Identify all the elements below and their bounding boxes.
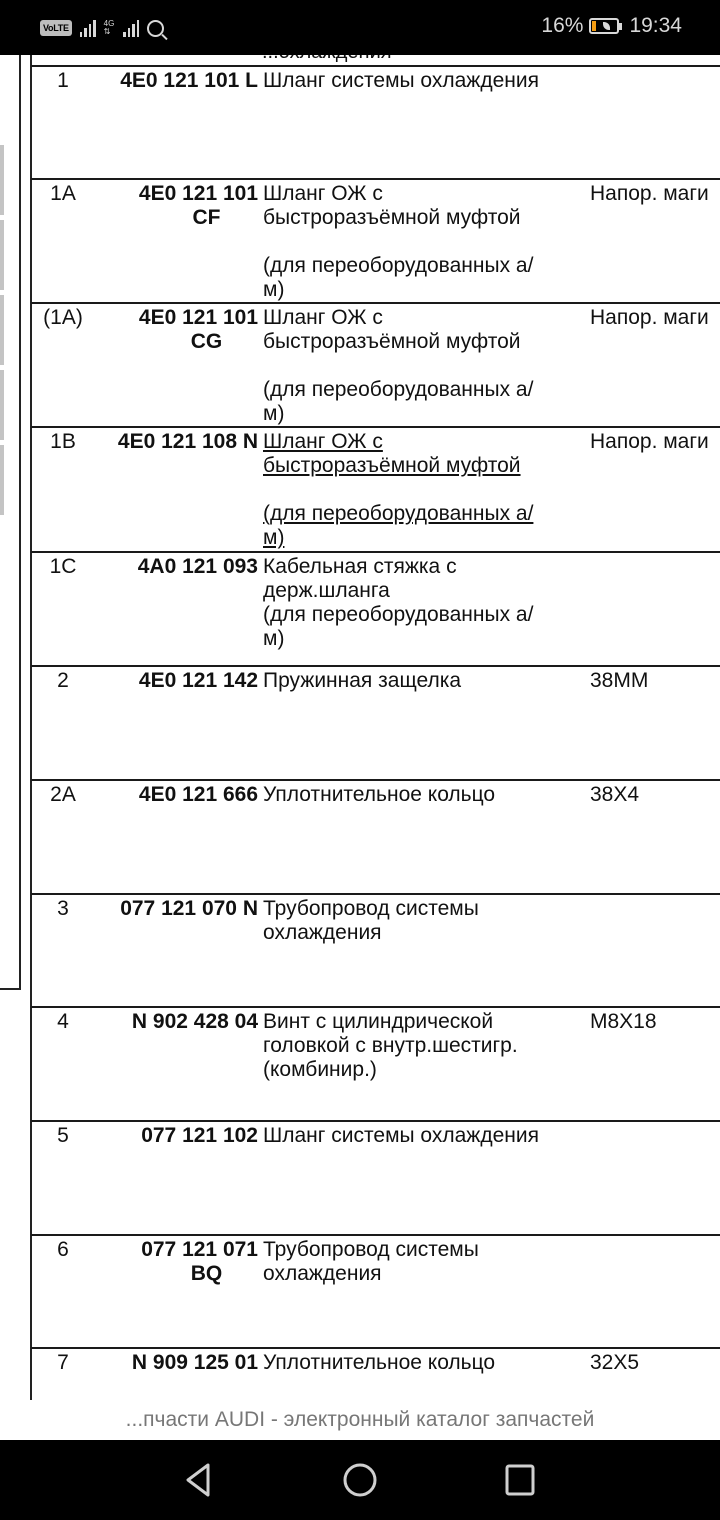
description: Шланг системы охлаждения bbox=[263, 1124, 593, 1148]
description: Пружинная защелка bbox=[263, 669, 593, 693]
description: Трубопровод системы охлаждения bbox=[263, 1238, 593, 1286]
note: 32X5 bbox=[590, 1351, 720, 1375]
item-number: 1C bbox=[31, 555, 95, 579]
home-circle-icon[interactable] bbox=[340, 1462, 380, 1498]
part-number-line: 4E0 121 142 bbox=[95, 669, 258, 693]
note: Напор. маги bbox=[590, 430, 720, 454]
part-number-line: 077 121 070 N bbox=[95, 897, 258, 921]
item-number: 4 bbox=[31, 1010, 95, 1034]
part-number[interactable]: N 909 125 01 bbox=[95, 1351, 258, 1375]
description: Шланг ОЖ с быстроразъёмной муфтой (для п… bbox=[263, 306, 593, 426]
note: M8X18 bbox=[590, 1010, 720, 1034]
signal-icon-2 bbox=[123, 19, 139, 37]
volte-icon: VoLTE bbox=[40, 20, 72, 36]
part-number-line: 077 121 071 bbox=[95, 1238, 258, 1262]
item-number: 2 bbox=[31, 669, 95, 693]
description: Трубопровод системы охлаждения bbox=[263, 897, 593, 945]
signal-icon bbox=[80, 19, 96, 37]
part-number[interactable]: N 902 428 04 bbox=[95, 1010, 258, 1034]
part-number-line: 4A0 121 093 bbox=[95, 555, 258, 579]
part-number-line: N 909 125 01 bbox=[95, 1351, 258, 1375]
part-number[interactable]: 4E0 121 142 bbox=[95, 669, 258, 693]
part-number-line: 4E0 121 101 bbox=[95, 306, 258, 330]
part-number-line: CF bbox=[95, 206, 258, 230]
battery-fill bbox=[592, 21, 596, 31]
description-link[interactable]: Шланг ОЖ с быстроразъёмной муфтой (для п… bbox=[263, 430, 593, 550]
search-icon bbox=[147, 20, 164, 37]
part-number[interactable]: 077 121 071BQ bbox=[95, 1238, 258, 1286]
recents-square-icon[interactable] bbox=[500, 1462, 540, 1498]
note: Напор. маги bbox=[590, 182, 720, 206]
status-bar: VoLTE 4G⇅ 16% 19:34 bbox=[0, 0, 720, 55]
part-number-line: 4E0 121 101 L bbox=[95, 69, 258, 93]
note: Напор. маги bbox=[590, 306, 720, 330]
diagram-frame-edge bbox=[19, 55, 21, 990]
table-row[interactable]: 24E0 121 142Пружинная защелка38MM bbox=[31, 665, 720, 779]
table-row[interactable]: 14E0 121 101 LШланг системы охлаждения bbox=[31, 65, 720, 178]
scroll-indicator[interactable] bbox=[0, 145, 4, 215]
scroll-indicator[interactable] bbox=[0, 370, 4, 440]
description: Шланг ОЖ с быстроразъёмной муфтой (для п… bbox=[263, 182, 593, 302]
item-number: 1A bbox=[31, 182, 95, 206]
battery-saver-icon bbox=[589, 18, 619, 34]
part-number-line: 4E0 121 108 N bbox=[95, 430, 258, 454]
description: Шланг системы охлаждения bbox=[263, 69, 593, 93]
item-number: (1A) bbox=[31, 306, 95, 330]
part-number[interactable]: 077 121 070 N bbox=[95, 897, 258, 921]
item-number: 6 bbox=[31, 1238, 95, 1262]
scroll-indicator[interactable] bbox=[0, 220, 4, 290]
description: Уплотнительное кольцо bbox=[263, 783, 593, 807]
part-number[interactable]: 4E0 121 101CF bbox=[95, 182, 258, 230]
scroll-indicator[interactable] bbox=[0, 295, 4, 365]
part-number[interactable]: 4E0 121 666 bbox=[95, 783, 258, 807]
clipped-row-text: ...охлаждения bbox=[262, 55, 392, 64]
note: 38MM bbox=[590, 669, 720, 693]
part-number[interactable]: 4E0 121 101 L bbox=[95, 69, 258, 93]
item-number: 1 bbox=[31, 69, 95, 93]
item-number: 2A bbox=[31, 783, 95, 807]
signal-4g-icon: 4G⇅ bbox=[104, 20, 115, 36]
table-row[interactable]: 2A4E0 121 666Уплотнительное кольцо38X4 bbox=[31, 779, 720, 893]
navigation-bar bbox=[0, 1440, 720, 1520]
table-row[interactable]: 3077 121 070 NТрубопровод системы охлажд… bbox=[31, 893, 720, 1006]
item-number: 3 bbox=[31, 897, 95, 921]
table-row[interactable]: 5077 121 102Шланг системы охлаждения bbox=[31, 1120, 720, 1234]
part-number[interactable]: 4E0 121 108 N bbox=[95, 430, 258, 454]
description: Уплотнительное кольцо bbox=[263, 1351, 593, 1375]
table-row[interactable]: 7N 909 125 01Уплотнительное кольцо32X5 bbox=[31, 1347, 720, 1400]
catalog-page[interactable]: ...охлаждения 14E0 121 101 LШланг систем… bbox=[0, 55, 720, 1400]
scroll-indicator[interactable] bbox=[0, 445, 4, 515]
battery-percent: 16% bbox=[541, 14, 583, 38]
part-number[interactable]: 4A0 121 093 bbox=[95, 555, 258, 579]
table-row[interactable]: 1C4A0 121 093Кабельная стяжка с держ.шла… bbox=[31, 551, 720, 665]
part-number-line: CG bbox=[95, 330, 258, 354]
item-number: 7 bbox=[31, 1351, 95, 1375]
table-row[interactable]: 1A4E0 121 101CFШланг ОЖ с быстроразъёмно… bbox=[31, 178, 720, 302]
description: Винт с цилиндрической головкой с внутр.ш… bbox=[263, 1010, 593, 1082]
leaf-icon bbox=[603, 22, 610, 30]
note: 38X4 bbox=[590, 783, 720, 807]
clock: 19:34 bbox=[629, 14, 682, 38]
table-row[interactable]: (1A)4E0 121 101CGШланг ОЖ с быстроразъём… bbox=[31, 302, 720, 426]
part-number-line: 4E0 121 101 bbox=[95, 182, 258, 206]
back-triangle-icon[interactable] bbox=[180, 1462, 220, 1498]
table-row[interactable]: 1B4E0 121 108 NШланг ОЖ с быстроразъёмно… bbox=[31, 426, 720, 551]
diagram-frame-bottom bbox=[0, 988, 21, 990]
table-row[interactable]: 4N 902 428 04Винт с цилиндрической голов… bbox=[31, 1006, 720, 1120]
page-caption: ...пчасти AUDI - электронный каталог зап… bbox=[0, 1400, 720, 1440]
part-number-line: 4E0 121 666 bbox=[95, 783, 258, 807]
item-number: 1B bbox=[31, 430, 95, 454]
status-left: VoLTE 4G⇅ bbox=[40, 14, 164, 42]
table-row[interactable]: 6077 121 071BQТрубопровод системы охлажд… bbox=[31, 1234, 720, 1347]
item-number: 5 bbox=[31, 1124, 95, 1148]
part-number-line: 077 121 102 bbox=[95, 1124, 258, 1148]
part-number-line: BQ bbox=[95, 1262, 258, 1286]
description: Кабельная стяжка с держ.шланга (для пере… bbox=[263, 555, 593, 651]
part-number-line: N 902 428 04 bbox=[95, 1010, 258, 1034]
status-right: 16% 19:34 bbox=[541, 14, 682, 38]
part-number[interactable]: 4E0 121 101CG bbox=[95, 306, 258, 354]
part-number[interactable]: 077 121 102 bbox=[95, 1124, 258, 1148]
